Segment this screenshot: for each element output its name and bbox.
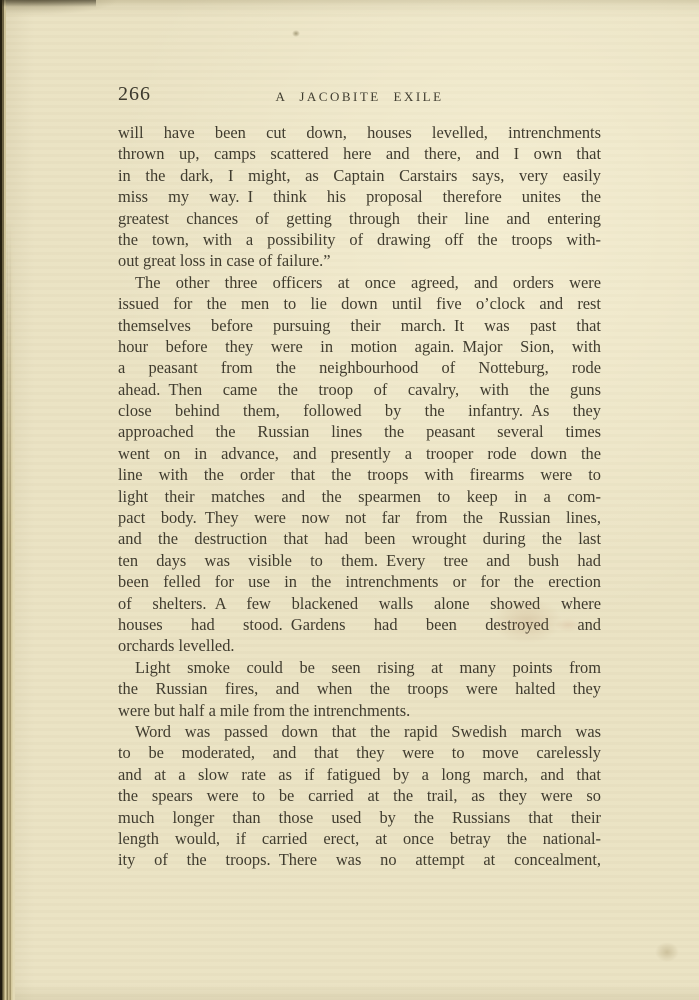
text-line: hour before they were in motion again. M…: [118, 336, 601, 357]
text-line: of shelters. A few blackened walls alone…: [118, 593, 601, 614]
text-line: will have been cut down, houses levelled…: [118, 122, 601, 143]
top-edge-shadow: [0, 0, 96, 7]
text-line: the spears were to be carried at the tra…: [118, 785, 601, 806]
text-line: The other three officers at once agreed,…: [118, 272, 601, 293]
text-line: greatest chances of getting through thei…: [118, 208, 601, 229]
text-line: and at a slow rate as if fatigued by a l…: [118, 764, 601, 785]
text-line: length would, if carried erect, at once …: [118, 828, 601, 849]
text-line: a peasant from the neighbourhood of Nott…: [118, 357, 601, 378]
text-line: pact body. They were now not far from th…: [118, 507, 601, 528]
text-line: orchards levelled.: [118, 635, 601, 656]
text-line: in the dark, I might, as Captain Carstai…: [118, 165, 601, 186]
text-line: the Russian fires, and when the troops w…: [118, 678, 601, 699]
text-line: line with the order that the troops with…: [118, 464, 601, 485]
text-line: went on in advance, and presently a troo…: [118, 443, 601, 464]
text-line: approached the Russian lines the peasant…: [118, 421, 601, 442]
text-line: Light smoke could be seen rising at many…: [118, 657, 601, 678]
text-line: light their matches and the spearmen to …: [118, 486, 601, 507]
body-text: will have been cut down, houses levelled…: [118, 122, 601, 871]
text-line: close behind them, followed by the infan…: [118, 400, 601, 421]
text-line: out great loss in case of failure.”: [118, 250, 601, 271]
running-title: A JACOBITE EXILE: [118, 82, 601, 109]
text-line: ten days was visible to them. Every tree…: [118, 550, 601, 571]
page-header: 266 A JACOBITE EXILE: [118, 82, 601, 106]
text-line: issued for the men to lie down until fiv…: [118, 293, 601, 314]
text-line: ity of the troops. There was no attempt …: [118, 849, 601, 870]
text-line: the town, with a possibility of drawing …: [118, 229, 601, 250]
text-line: houses had stood. Gardens had been destr…: [118, 614, 601, 635]
text-line: and the destruction that had been wrough…: [118, 528, 601, 549]
paper-stain: [292, 30, 300, 37]
paragraph: Light smoke could be seen rising at many…: [118, 657, 601, 721]
paragraph: The other three officers at once agreed,…: [118, 272, 601, 657]
paragraph: will have been cut down, houses levelled…: [118, 122, 601, 272]
text-line: much longer than those used by the Russi…: [118, 807, 601, 828]
text-line: themselves before pursuing their march. …: [118, 315, 601, 336]
text-line: Word was passed down that the rapid Swed…: [118, 721, 601, 742]
book-scan: 266 A JACOBITE EXILE will have been cut …: [0, 0, 699, 1000]
text-line: miss my way. I think his proposal theref…: [118, 186, 601, 207]
text-line: ahead. Then came the troop of cavalry, w…: [118, 379, 601, 400]
text-line: thrown up, camps scattered here and ther…: [118, 143, 601, 164]
book-page: 266 A JACOBITE EXILE will have been cut …: [0, 0, 699, 1000]
paper-stain: [655, 942, 679, 962]
paragraph: Word was passed down that the rapid Swed…: [118, 721, 601, 871]
book-page-edges-lower: [0, 0, 15, 1000]
text-line: to be moderated, and that they were to m…: [118, 742, 601, 763]
text-line: were but half a mile from the intrenchme…: [118, 700, 601, 721]
text-line: been felled for use in the intrenchments…: [118, 571, 601, 592]
